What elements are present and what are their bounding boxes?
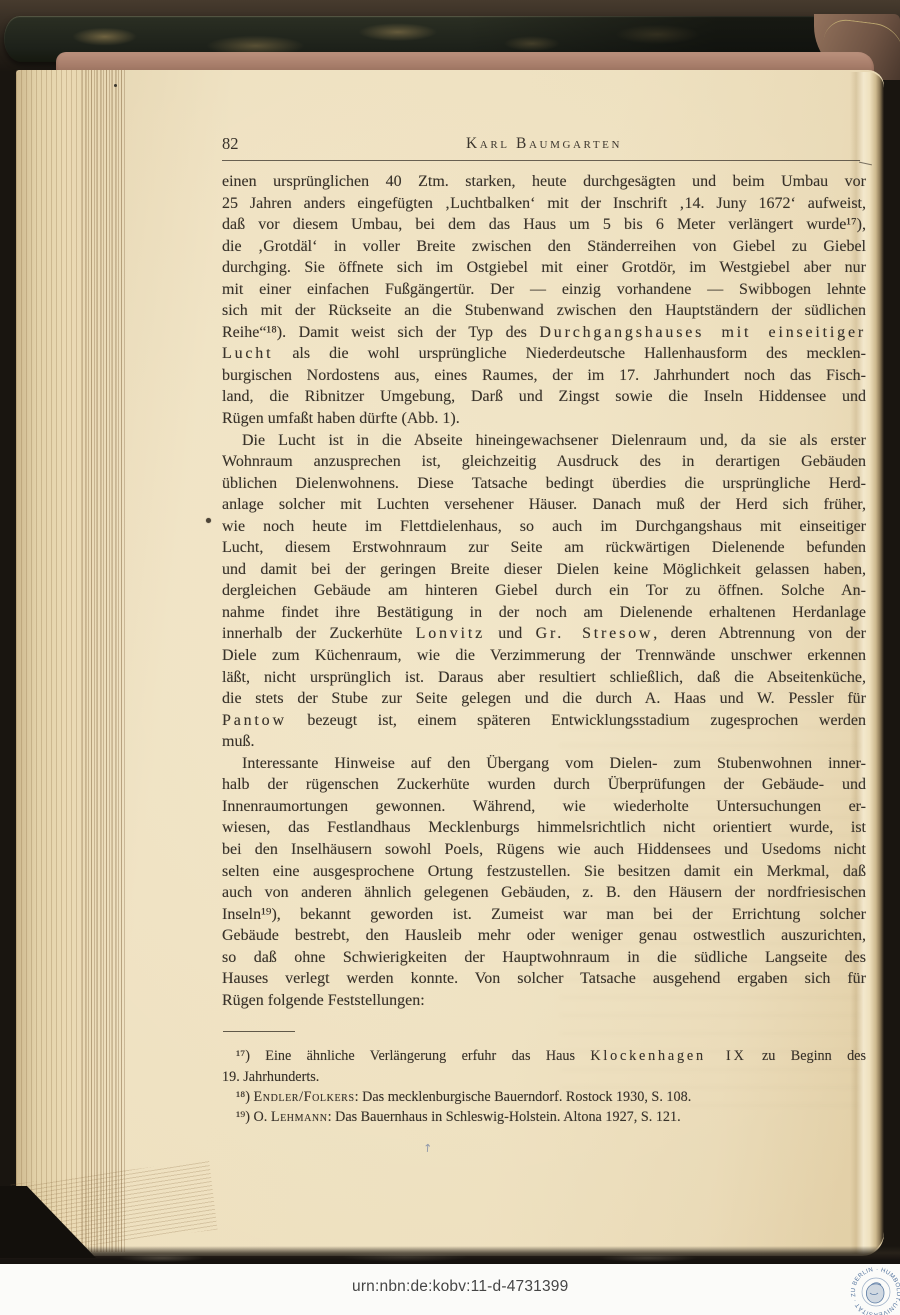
page-header: 82 Karl Baumgarten [222, 128, 866, 162]
text-line: so daß ohne Schwierigkeiten der Hauptwoh… [222, 947, 866, 969]
text-line: Rügen folgende Feststellungen: [222, 990, 866, 1012]
text-line: ¹⁸) Endler/Folkers: Das mecklenburgische… [222, 1087, 866, 1107]
text-line: 25 Jahren anders eingefügten ‚Luchtbalke… [222, 193, 866, 215]
page-bottom-shadow [0, 1246, 900, 1266]
text-line: Reihe“¹⁸). Damit weist sich der Typ des … [222, 322, 866, 344]
page-number: 82 [222, 134, 239, 154]
text-line: einen ursprünglichen 40 Ztm. starken, he… [222, 171, 866, 193]
ink-speck [114, 84, 117, 87]
text-line: Lucht, diesem Erstwohnraum zur Seite am … [222, 537, 866, 559]
pen-mark: ↑ [423, 1142, 433, 1156]
text-line: Gebäude bestrebt, den Hausleib mehr oder… [222, 925, 866, 947]
footnote-separator [223, 1031, 295, 1032]
text-line: Die Lucht ist in die Abseite hineingewac… [222, 430, 866, 452]
text-line: die ‚Grotdäl‘ in voller Breite zwischen … [222, 236, 866, 258]
text-block: einen ursprünglichen 40 Ztm. starken, he… [222, 171, 866, 1011]
text-line: Interessante Hinweise auf den Übergang v… [222, 753, 866, 775]
text-line: wie noch heute im Flettdielenhaus, so au… [222, 516, 866, 538]
text-line: selten eine ausgesprochene Ortung festzu… [222, 861, 866, 883]
footnote: ¹⁹) O. Lehmann: Das Bauernhaus in Schles… [222, 1107, 866, 1127]
footnote: ¹⁷) Eine ähnliche Verlängerung erfuhr da… [222, 1046, 866, 1087]
text-line: sich mit der Rückseite an die Stubenwand… [222, 300, 866, 322]
text-line: durchging. Sie öffnete sich im Ostgiebel… [222, 257, 866, 279]
text-line: Pantow bezeugt ist, einem späteren Entwi… [222, 710, 866, 732]
text-line: dergleichen Gebäude am hinteren Giebel d… [222, 580, 866, 602]
text-line: wiesen, das Festlandhaus Mecklenburgs hi… [222, 817, 866, 839]
text-line: Wohnraum anzusprechen ist, gleichzeitig … [222, 451, 866, 473]
text-line: Inseln¹⁹), bekannt geworden ist. Zumeist… [222, 904, 866, 926]
text-line: mit einer einfachen Fußgängertür. Der — … [222, 279, 866, 301]
paragraph: einen ursprünglichen 40 Ztm. starken, he… [222, 171, 866, 430]
text-line: und damit bei der geringen Breite dieser… [222, 559, 866, 581]
text-line: muß. [222, 731, 866, 753]
paragraph: Die Lucht ist in die Abseite hineingewac… [222, 430, 866, 753]
text-line: ¹⁹) O. Lehmann: Das Bauernhaus in Schles… [222, 1107, 866, 1127]
running-head: Karl Baumgarten [222, 128, 866, 153]
text-line: nahme findet ihre Bestätigung in der noc… [222, 602, 866, 624]
margin-annotation-dot [206, 518, 211, 523]
text-line: bei den Inselhäusern sowohl Poels, Rügen… [222, 839, 866, 861]
text-line: halb der rügenschen Zuckerhüte wurden du… [222, 774, 866, 796]
text-line: auch von anderen ähnlich gelegenen Gebäu… [222, 882, 866, 904]
text-line: innerhalb der Zuckerhüte Lonvitz und Gr.… [222, 623, 866, 645]
printed-text-area: 82 Karl Baumgarten einen ursprünglichen … [222, 128, 866, 1128]
page-stack-edges [16, 70, 126, 1252]
text-line: land, die Ribnitzer Umgebung, Darß und Z… [222, 386, 866, 408]
text-line: Lucht als die wohl ursprüngliche Niederd… [222, 343, 866, 365]
text-line: Hauses verlegt werden konnte. Von solche… [222, 968, 866, 990]
text-line: Rügen umfaßt haben dürfte (Abb. 1). [222, 408, 866, 430]
text-line: daß vor diesem Umbau, bei dem das Haus u… [222, 214, 866, 236]
text-line: Diele zum Küchenraum, wie die Verzimmeru… [222, 645, 866, 667]
text-line: läßt, nicht ursprünglich ist. Daraus abe… [222, 667, 866, 689]
text-line: 19. Jahrhunderts. [222, 1067, 866, 1087]
urn-label: urn:nbn:de:kobv:11-d-4731399 [352, 1278, 568, 1296]
header-rule [222, 160, 860, 161]
paragraph: Interessante Hinweise auf den Übergang v… [222, 753, 866, 1012]
seal-portraits [866, 1284, 884, 1303]
text-line: ¹⁷) Eine ähnliche Verlängerung erfuhr da… [222, 1046, 866, 1066]
footnotes: ¹⁷) Eine ähnliche Verlängerung erfuhr da… [222, 1046, 866, 1127]
text-line: burgischen Nordostens aus, eines Raumes,… [222, 365, 866, 387]
text-line: Innenraumortungen gewonnen. Während, wie… [222, 796, 866, 818]
text-line: die stets der Stube zur Seite gelegen un… [222, 688, 866, 710]
footnote: ¹⁸) Endler/Folkers: Das mecklenburgische… [222, 1087, 866, 1107]
text-line: anlage solcher mit Luchten versehener Hä… [222, 494, 866, 516]
humboldt-university-seal: · HUMBOLDT-UNIVERSITÄT · ZU BERLIN · [850, 1266, 900, 1315]
text-line: üblichen Dielenwohnens. Diese Tatsache b… [222, 473, 866, 495]
book-scan-photo: urn:nbn:de:kobv:11-d-4731399 · HUMBOLDT-… [0, 0, 900, 1315]
